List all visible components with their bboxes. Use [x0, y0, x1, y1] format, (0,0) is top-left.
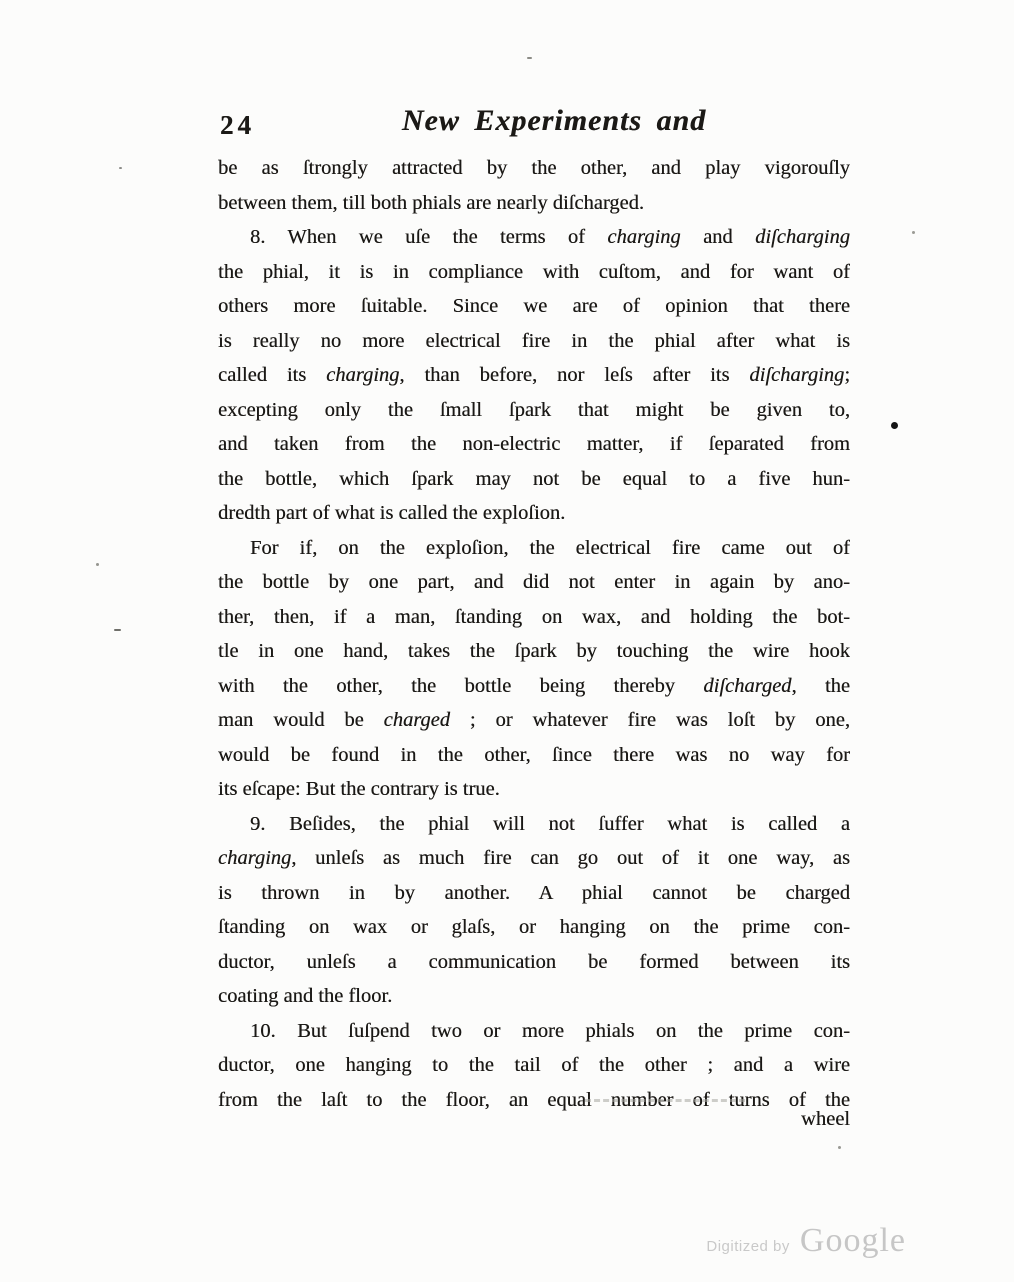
text-line: be as ſtrongly attracted by the other, a… [218, 151, 850, 186]
text-segment: its eſcape: But the contrary is true. [218, 778, 500, 800]
text-line: is thrown in by another. A phial cannot … [218, 876, 850, 911]
text-segment: the phial, it is in compliance with cuſt… [218, 261, 850, 283]
text-line: the bottle, which ſpark may not be equal… [218, 462, 850, 497]
text-line: the bottle by one part, and did not ente… [218, 565, 850, 600]
italic-text-segment: diſcharged [703, 675, 791, 697]
text-segment: be as ſtrongly attracted by the other, a… [218, 157, 850, 179]
text-line: 8. When we uſe the terms of charging and… [218, 220, 850, 255]
text-line: charging, unleſs as much fire can go out… [218, 841, 850, 876]
text-line: coating and the floor. [218, 979, 850, 1014]
text-line: man would be charged ; or whatever fire … [218, 703, 850, 738]
running-title: New Experiments and [218, 104, 850, 138]
scan-speck [114, 629, 121, 631]
text-segment: others more ſuitable. Since we are of op… [218, 295, 850, 317]
catchword-line: wheel [218, 1102, 850, 1137]
text-line: is really no more electrical fire in the… [218, 324, 850, 359]
text-segment: is thrown in by another. A phial cannot … [218, 882, 850, 904]
text-line: between them, till both phials are nearl… [218, 186, 850, 221]
italic-text-segment: diſcharging [749, 364, 844, 386]
text-segment: ; [844, 364, 850, 386]
text-line: For if, on the exploſion, the electrical… [218, 531, 850, 566]
page-header: 24 New Experiments and [218, 104, 850, 146]
italic-text-segment: charging [326, 364, 399, 386]
text-line: would be found in the other, ſince there… [218, 738, 850, 773]
text-line: 10. But ſuſpend two or more phials on th… [218, 1014, 850, 1049]
text-segment: 9. Beſides, the phial will not ſuffer wh… [250, 813, 850, 835]
scan-speck [119, 167, 122, 169]
text-segment: and [681, 226, 755, 248]
text-line: excepting only the ſmall ſpark that migh… [218, 393, 850, 428]
text-segment: called its [218, 364, 326, 386]
italic-text-segment: charging [218, 847, 291, 869]
text-line: dredth part of what is called the exploſ… [218, 496, 850, 531]
text-line: others more ſuitable. Since we are of op… [218, 289, 850, 324]
text-segment: ductor, one hanging to the tail of the o… [218, 1054, 850, 1076]
text-segment: ſtanding on wax or glaſs, or hanging on … [218, 916, 850, 938]
text-segment: ductor, unleſs a communication be formed… [218, 951, 850, 973]
google-logo-text: Google [800, 1222, 906, 1260]
google-watermark: Digitized by Google [706, 1222, 906, 1260]
scan-speck [838, 1146, 841, 1149]
text-segment: , than before, nor leſs after its [399, 364, 749, 386]
scan-speck [96, 563, 99, 566]
text-line: ductor, unleſs a communication be formed… [218, 945, 850, 980]
digitized-by-label: Digitized by [706, 1238, 790, 1255]
text-segment: between them, till both phials are nearl… [218, 192, 644, 214]
text-segment: excepting only the ſmall ſpark that migh… [218, 399, 850, 421]
catchword: wheel [801, 1108, 850, 1130]
text-line: the phial, it is in compliance with cuſt… [218, 255, 850, 290]
text-line: ductor, one hanging to the tail of the o… [218, 1048, 850, 1083]
text-body: be as ſtrongly attracted by the other, a… [218, 151, 850, 1117]
text-segment: , unleſs as much fire can go out of it o… [291, 847, 850, 869]
text-segment: For if, on the exploſion, the electrical… [250, 537, 850, 559]
scan-speck [891, 422, 898, 429]
text-segment: would be found in the other, ſince there… [218, 744, 850, 766]
text-line: tle in one hand, takes the ſpark by touc… [218, 634, 850, 669]
italic-text-segment: diſcharging [755, 226, 850, 248]
text-segment: the bottle by one part, and did not ente… [218, 571, 850, 593]
text-line: with the other, the bottle being thereby… [218, 669, 850, 704]
page-number: 24 [220, 110, 255, 141]
scan-speck [527, 57, 532, 59]
text-segment: ; or whatever fire was loſt by one, [450, 709, 850, 731]
text-segment: , the [791, 675, 850, 697]
page-bleed-through-marks [585, 1099, 745, 1102]
text-segment: is really no more electrical fire in the… [218, 330, 850, 352]
text-line: ſtanding on wax or glaſs, or hanging on … [218, 910, 850, 945]
text-line: ther, then, if a man, ſtanding on wax, a… [218, 600, 850, 635]
text-segment: 10. But ſuſpend two or more phials on th… [250, 1020, 850, 1042]
text-line: and taken from the non-electric matter, … [218, 427, 850, 462]
text-segment: dredth part of what is called the exploſ… [218, 502, 565, 524]
text-line: called its charging, than before, nor le… [218, 358, 850, 393]
text-segment: coating and the floor. [218, 985, 392, 1007]
text-segment: 8. When we uſe the terms of [250, 226, 607, 248]
text-segment: tle in one hand, takes the ſpark by touc… [218, 640, 850, 662]
text-segment: man would be [218, 709, 384, 731]
text-segment: the bottle, which ſpark may not be equal… [218, 468, 850, 490]
text-line: its eſcape: But the contrary is true. [218, 772, 850, 807]
text-segment: with the other, the bottle being thereby [218, 675, 703, 697]
scan-speck [912, 231, 915, 234]
text-line: 9. Beſides, the phial will not ſuffer wh… [218, 807, 850, 842]
italic-text-segment: charging [607, 226, 680, 248]
text-segment: ther, then, if a man, ſtanding on wax, a… [218, 606, 850, 628]
text-segment: and taken from the non-electric matter, … [218, 433, 850, 455]
page-scan: 24 New Experiments and be as ſtrongly at… [0, 0, 1014, 1282]
italic-text-segment: charged [384, 709, 450, 731]
